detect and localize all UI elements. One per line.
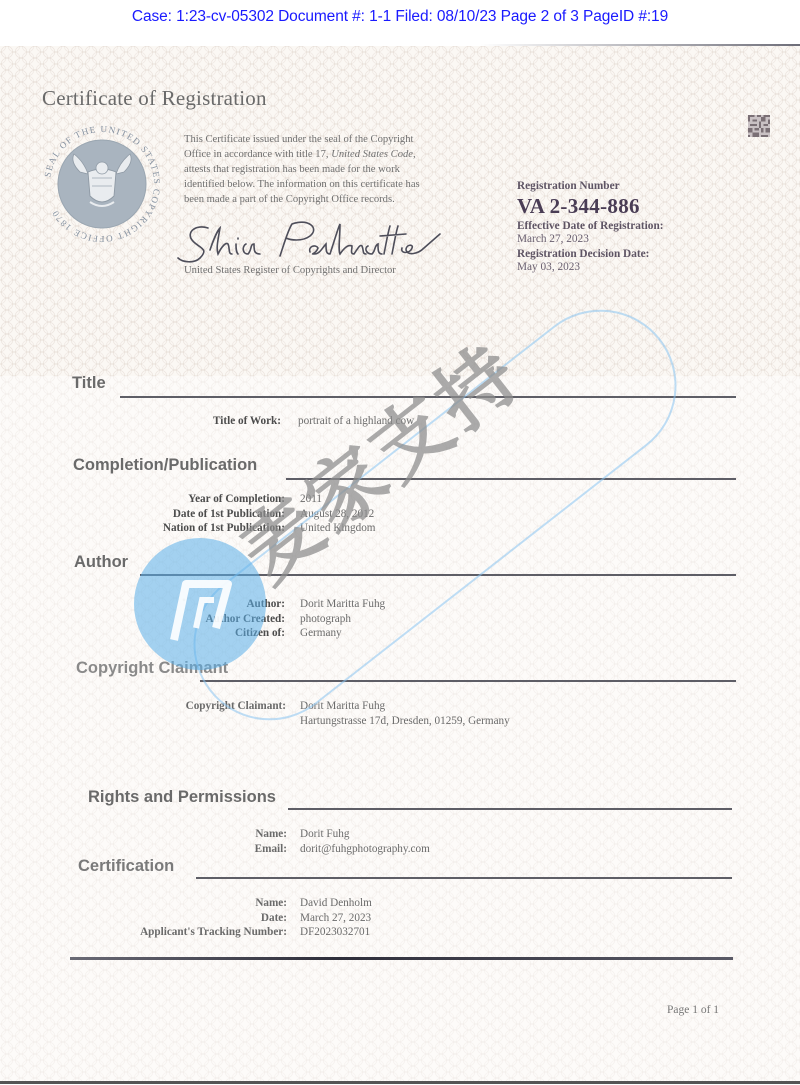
- qr-code-icon: [748, 115, 770, 137]
- registration-number-label: Registration Number: [517, 179, 664, 193]
- section-rule: [196, 877, 732, 879]
- section-heading-title: Title: [72, 374, 106, 393]
- register-signature: [170, 214, 450, 266]
- effective-date: March 27, 2023: [517, 233, 664, 246]
- page-number: Page 1 of 1: [667, 1004, 719, 1016]
- section-heading-claimant: Copyright Claimant: [76, 659, 228, 678]
- section-heading-author: Author: [74, 553, 128, 572]
- section-rule: [140, 574, 736, 576]
- decision-date: May 03, 2023: [517, 261, 664, 274]
- section-rule: [120, 396, 736, 398]
- rights-email: dorit@fuhgphotography.com: [300, 842, 430, 857]
- closing-rule: [70, 957, 733, 960]
- section-rule: [200, 680, 736, 682]
- decision-date-label: Registration Decision Date:: [517, 247, 664, 261]
- certificate-intro: This Certificate issued under the seal o…: [184, 132, 484, 207]
- certificate-title: Certificate of Registration: [42, 86, 267, 111]
- top-scan-edge: [480, 44, 800, 46]
- case-header: Case: 1:23-cv-05302 Document #: 1-1 File…: [0, 0, 800, 40]
- registration-number: VA 2-344-886: [517, 193, 664, 219]
- registration-block: Registration Number VA 2-344-886 Effecti…: [517, 179, 664, 274]
- certificate-page: Certificate of Registration SEAL OF THE …: [0, 46, 800, 1084]
- us-copyright-office-seal-icon: SEAL OF THE UNITED STATES COPYRIGHT OFFI…: [40, 122, 164, 246]
- section-heading-rights: Rights and Permissions: [88, 788, 276, 807]
- section-rule: [286, 478, 736, 480]
- title-of-work: portrait of a highland cow: [298, 414, 414, 429]
- register-caption: United States Register of Copyrights and…: [184, 265, 396, 276]
- tracking-number: DF2023032701: [300, 925, 370, 940]
- section-rule: [288, 808, 732, 810]
- effective-date-label: Effective Date of Registration:: [517, 219, 664, 233]
- author-bullet: •: [182, 594, 186, 609]
- section-heading-completion: Completion/Publication: [73, 456, 257, 475]
- section-heading-certification: Certification: [78, 857, 174, 876]
